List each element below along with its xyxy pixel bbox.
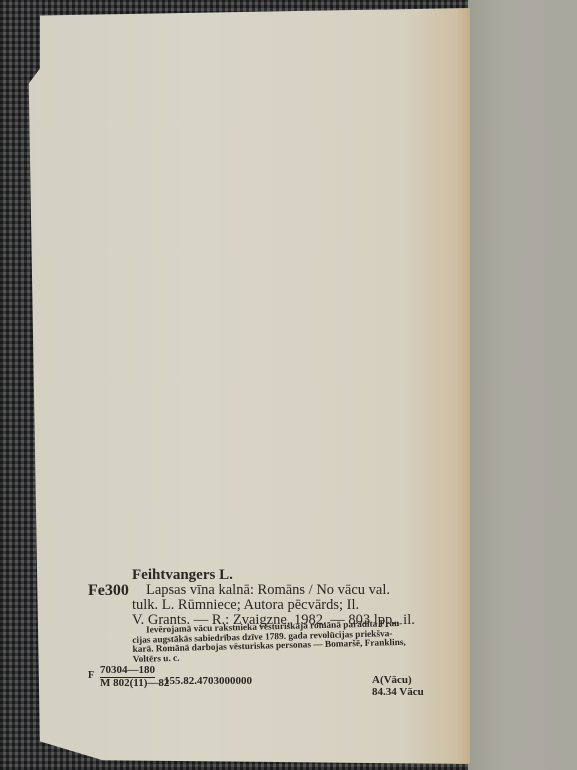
index-code: 155.82.4703000000 <box>164 675 252 687</box>
classification: A(Vācu) 84.34 Vācu <box>372 674 424 698</box>
index-denominator: M 802(11)—82 <box>100 677 169 689</box>
description-line: Lapsas vīna kalnā: Romāns / No vācu val. <box>132 583 468 598</box>
call-code: Fe300 <box>88 582 129 600</box>
description-line: tulk. L. Rūmniece; Autora pēcvārds; Il. <box>132 598 468 613</box>
classification-line: A(Vācu) <box>372 674 424 686</box>
index-numerator: 70304—180 <box>100 664 155 678</box>
index-prefix: F <box>88 670 94 681</box>
facing-page <box>468 0 577 770</box>
classification-line: 84.34 Vācu <box>372 686 424 698</box>
